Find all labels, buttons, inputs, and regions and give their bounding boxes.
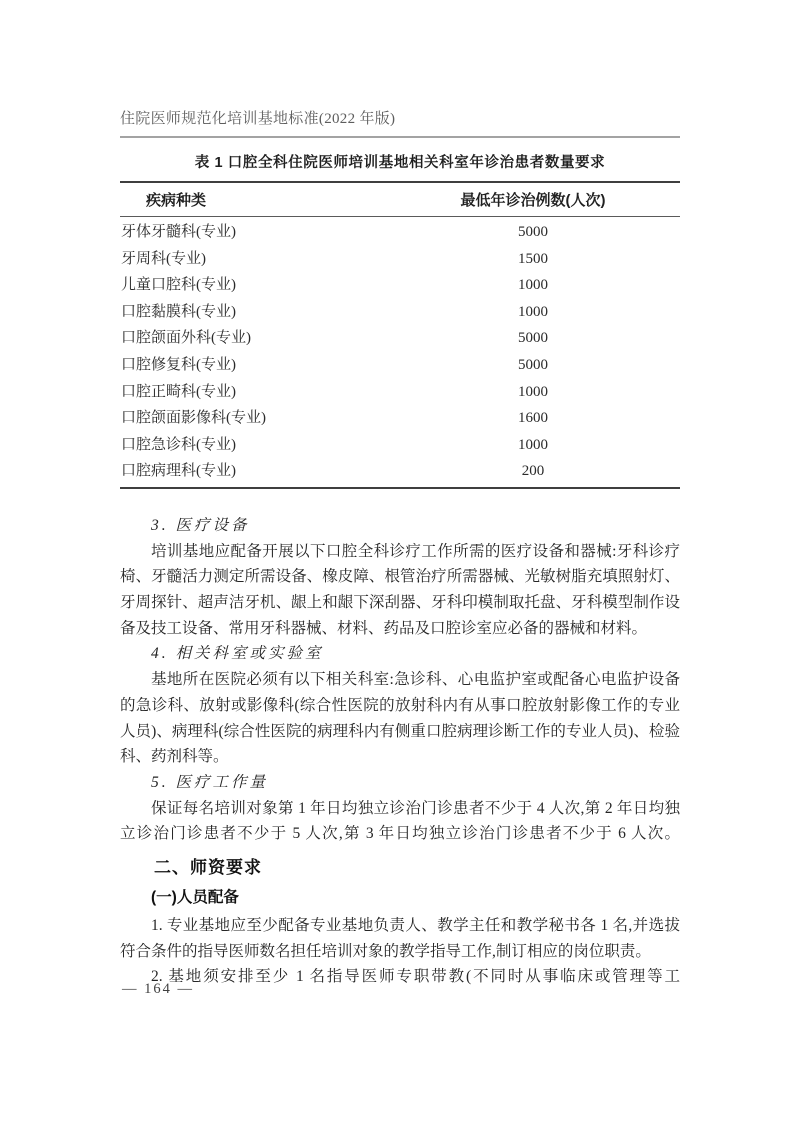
disease-type-cell: 牙周科(专业) (120, 246, 386, 273)
min-cases-cell: 1600 (386, 405, 680, 432)
section-medical-workload: 5. 医疗工作量 保证每名培训对象第 1 年日均独立诊治门诊患者不少于 4 人次… (120, 770, 680, 847)
page-content: 住院医师规范化培训基地标准(2022 年版) 表 1 口腔全科住院医师培训基地相… (120, 110, 680, 990)
section-paragraph: 基地所在医院必须有以下相关科室:急诊科、心电监护室或配备心电监护设备的急诊科、放… (120, 667, 680, 770)
table-row: 口腔正畸科(专业)1000 (120, 379, 680, 406)
min-cases-cell: 1500 (386, 246, 680, 273)
section-heading: 4. 相关科室或实验室 (120, 641, 680, 667)
table-row: 口腔修复科(专业)5000 (120, 352, 680, 379)
column-header-min-annual-cases: 最低年诊治例数(人次) (386, 182, 680, 217)
min-cases-cell: 1000 (386, 299, 680, 326)
staffing-item-1: 1. 专业基地应至少配备专业基地负责人、教学主任和教学秘书各 1 名,并选拔符合… (120, 913, 680, 964)
staffing-item-2: 2. 基地须安排至少 1 名指导医师专职带教(不同时从事临床或管理等工 (120, 964, 680, 990)
table-title: 表 1 口腔全科住院医师培训基地相关科室年诊治患者数量要求 (120, 151, 680, 172)
disease-type-cell: 儿童口腔科(专业) (120, 272, 386, 299)
disease-type-cell: 牙体牙髓科(专业) (120, 217, 386, 246)
disease-type-cell: 口腔正畸科(专业) (120, 379, 386, 406)
disease-type-cell: 口腔颌面外科(专业) (120, 325, 386, 352)
disease-type-cell: 口腔急诊科(专业) (120, 432, 386, 459)
page-number: — 164 — (122, 981, 194, 998)
disease-type-cell: 口腔病理科(专业) (120, 458, 386, 488)
section-paragraph: 培训基地应配备开展以下口腔全科诊疗工作所需的医疗设备和器械:牙科诊疗椅、牙髓活力… (120, 539, 680, 642)
table-row: 口腔急诊科(专业)1000 (120, 432, 680, 459)
section-heading: 5. 医疗工作量 (120, 770, 680, 796)
disease-type-cell: 口腔颌面影像科(专业) (120, 405, 386, 432)
table-head: 疾病种类 最低年诊治例数(人次) (120, 182, 680, 217)
section-paragraph: 保证每名培训对象第 1 年日均独立诊治门诊患者不少于 4 人次,第 2 年日均独… (120, 796, 680, 847)
min-cases-cell: 5000 (386, 325, 680, 352)
table-row: 口腔黏膜科(专业)1000 (120, 299, 680, 326)
chapter-title-faculty-requirements: 二、师资要求 (120, 855, 680, 881)
table-row: 牙体牙髓科(专业)5000 (120, 217, 680, 246)
table-row: 儿童口腔科(专业)1000 (120, 272, 680, 299)
min-cases-cell: 1000 (386, 379, 680, 406)
min-cases-cell: 200 (386, 458, 680, 488)
min-cases-cell: 1000 (386, 432, 680, 459)
section-heading: 3. 医疗设备 (120, 513, 680, 539)
document-page: 住院医师规范化培训基地标准(2022 年版) 表 1 口腔全科住院医师培训基地相… (0, 0, 800, 1131)
section-medical-equipment: 3. 医疗设备 培训基地应配备开展以下口腔全科诊疗工作所需的医疗设备和器械:牙科… (120, 513, 680, 642)
table-row: 牙周科(专业)1500 (120, 246, 680, 273)
patient-volume-table: 疾病种类 最低年诊治例数(人次) 牙体牙髓科(专业)5000牙周科(专业)150… (120, 181, 680, 489)
table-row: 口腔颌面影像科(专业)1600 (120, 405, 680, 432)
running-header-text: 住院医师规范化培训基地标准(2022 年版) (120, 111, 395, 127)
disease-type-cell: 口腔黏膜科(专业) (120, 299, 386, 326)
staffing-items: 1. 专业基地应至少配备专业基地负责人、教学主任和教学秘书各 1 名,并选拔符合… (120, 913, 680, 990)
running-header: 住院医师规范化培训基地标准(2022 年版) (120, 110, 680, 138)
section-related-departments: 4. 相关科室或实验室 基地所在医院必须有以下相关科室:急诊科、心电监护室或配备… (120, 641, 680, 770)
column-header-disease-type: 疾病种类 (120, 182, 386, 217)
table-row: 口腔颌面外科(专业)5000 (120, 325, 680, 352)
table-header-row: 疾病种类 最低年诊治例数(人次) (120, 182, 680, 217)
table-body: 牙体牙髓科(专业)5000牙周科(专业)1500儿童口腔科(专业)1000口腔黏… (120, 217, 680, 488)
table-row: 口腔病理科(专业)200 (120, 458, 680, 488)
subsection-title-staffing: (一)人员配备 (120, 885, 680, 911)
min-cases-cell: 5000 (386, 352, 680, 379)
disease-type-cell: 口腔修复科(专业) (120, 352, 386, 379)
min-cases-cell: 5000 (386, 217, 680, 246)
min-cases-cell: 1000 (386, 272, 680, 299)
